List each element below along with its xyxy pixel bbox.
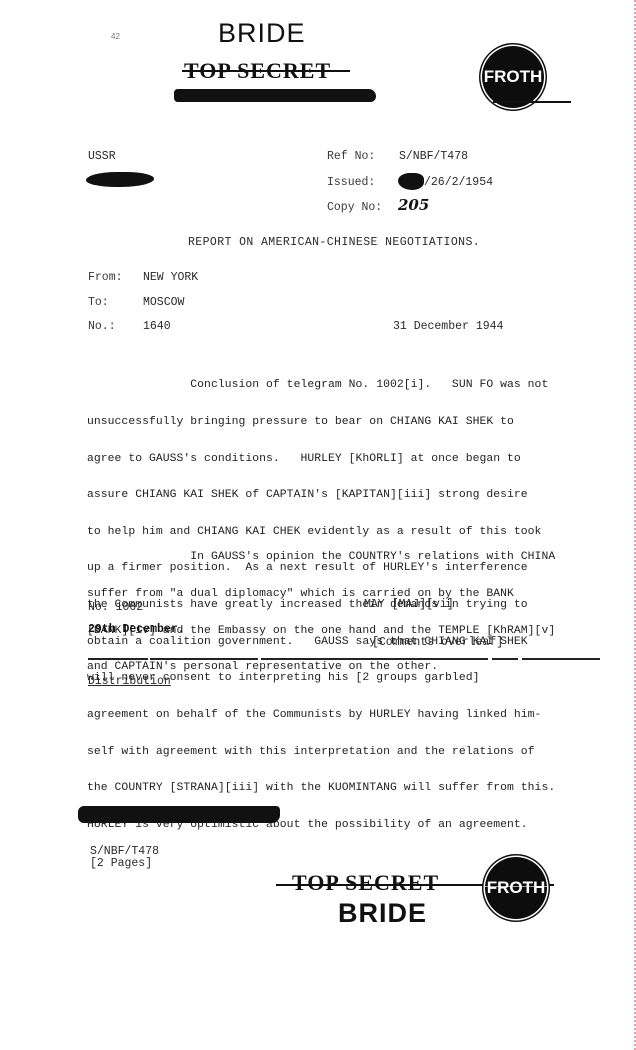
- no-value: 1640: [143, 320, 171, 333]
- ref-label: Ref No:: [327, 150, 375, 163]
- stamp-underline: [493, 101, 571, 103]
- issued-value: /26/2/1954: [424, 176, 493, 189]
- message-date: 31 December 1944: [393, 320, 503, 333]
- page-count: [2 Pages]: [90, 858, 152, 870]
- body-line: agreement on behalf of the Communists by…: [87, 709, 607, 721]
- body-line: and CAPTAIN's personal representative on…: [87, 661, 607, 673]
- froth-stamp-top: FROTH: [482, 46, 544, 108]
- issued-label: Issued:: [327, 176, 375, 189]
- body-line: suffer from "a dual diplomacy" which is …: [87, 588, 607, 600]
- codename-top: BRIDE: [218, 18, 306, 49]
- copy-number-handwritten: 205: [398, 196, 429, 214]
- comments-overleaf: [Comments overleaf]: [372, 636, 503, 649]
- redaction-blob-left: [86, 172, 154, 187]
- to-label: To:: [88, 296, 109, 309]
- divider-rule: [88, 658, 600, 660]
- body-line: self with agreement with this interpreta…: [87, 746, 607, 758]
- classification-strikethrough-top: [182, 70, 350, 72]
- footer-ref-no: No. 1002: [88, 601, 143, 614]
- stamp-strike-overlay: [485, 886, 547, 887]
- classification-bottom: TOP SECRET: [292, 870, 439, 896]
- page-number: 42: [111, 32, 120, 41]
- redaction-bar-bottom: [78, 806, 280, 823]
- distribution-heading: Distribution: [88, 675, 171, 688]
- stamp-label: FROTH: [487, 878, 546, 898]
- froth-stamp-bottom: FROTH: [485, 857, 547, 919]
- from-label: From:: [88, 271, 123, 284]
- body-paragraph-2: In GAUSS's opinion the COUNTRY's relatio…: [87, 527, 607, 686]
- ref-value: S/NBF/T478: [399, 150, 468, 163]
- body-line: assure CHIANG KAI SHEK of CAPTAIN's [KAP…: [87, 489, 607, 501]
- body-line: Conclusion of telegram No. 1002[i]. SUN …: [87, 379, 607, 391]
- redaction-bar-top: [174, 89, 376, 102]
- report-title: REPORT ON AMERICAN-CHINESE NEGOTIATIONS.: [188, 236, 480, 249]
- redaction-blob-issued: [398, 173, 424, 190]
- country-label: USSR: [88, 150, 116, 163]
- signature: MAY [MAJ][vi]: [364, 598, 454, 611]
- body-line: In GAUSS's opinion the COUNTRY's relatio…: [87, 551, 607, 563]
- to-value: MOSCOW: [143, 296, 184, 309]
- body-line: agree to GAUSS's conditions. HURLEY [KhO…: [87, 453, 607, 465]
- no-label: No.:: [88, 320, 116, 333]
- copy-label: Copy No:: [327, 201, 382, 214]
- body-line: the COUNTRY [STRANA][iii] with the KUOMI…: [87, 782, 607, 794]
- footer-ref-date: 29th December.: [88, 623, 185, 636]
- stamp-label: FROTH: [484, 67, 543, 87]
- codename-bottom: BRIDE: [338, 898, 427, 929]
- body-line: unsuccessfully bringing pressure to bear…: [87, 416, 607, 428]
- from-value: NEW YORK: [143, 271, 198, 284]
